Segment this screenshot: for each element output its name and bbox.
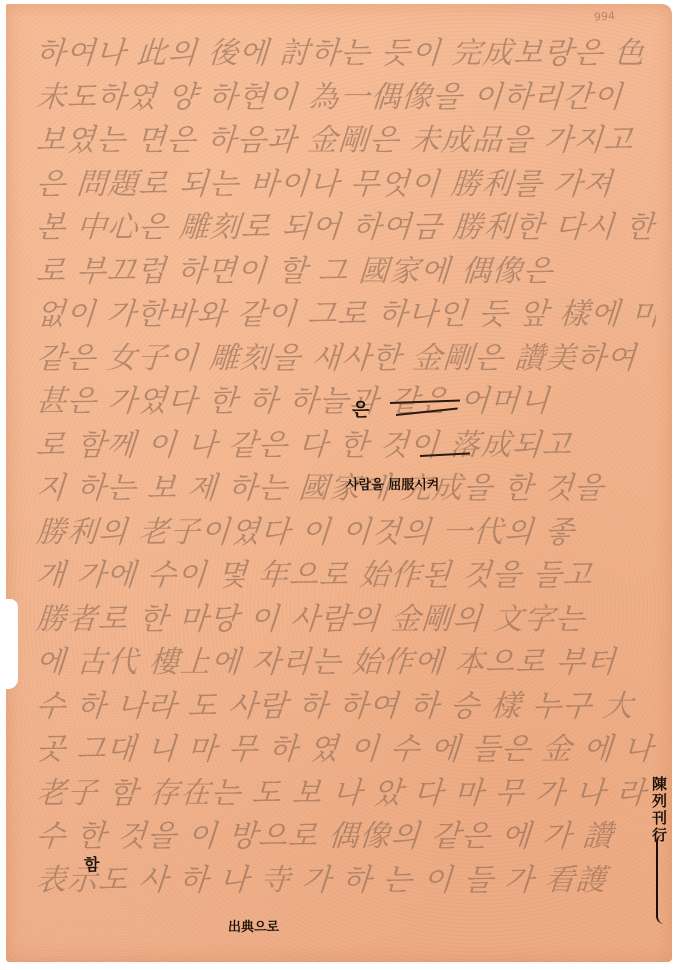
manuscript-page: 994 하여나 此의 後에 討하는 듯이 完成보랑은 色 未도하였 양 하현이 … bbox=[6, 4, 672, 962]
text-line: 하여나 此의 後에 討하는 듯이 完成보랑은 色 bbox=[34, 32, 657, 76]
text-line: 로 부끄럽 하면이 할 그 國家에 偶像은 bbox=[34, 250, 657, 294]
text-line: 같은 女子이 雕刻을 새사한 金剛은 讚美하여 bbox=[34, 337, 657, 381]
text-line: 表示도 사 하 나 寺 가 하 는 이 들 가 看護 bbox=[34, 859, 657, 903]
text-line: 로 함께 이 나 같은 다 한 것이 落成되고 bbox=[34, 424, 657, 468]
ink-insertion: 사람을 屈服시켜 bbox=[346, 474, 439, 493]
handwritten-body: 하여나 此의 後에 討하는 듯이 完成보랑은 色 未도하였 양 하현이 為一偶像… bbox=[36, 32, 656, 902]
text-line: 勝者로 한 마당 이 사람의 金剛의 文字는 bbox=[34, 598, 657, 642]
text-line: 곳 그대 니 마 무 하 였 이 수 에 들은 金 에 나는 이 bbox=[34, 728, 657, 772]
text-line: 老子 함 存在는 도 보 나 았 다 마 무 가 나 라 bbox=[34, 772, 657, 816]
text-line: 甚은 가였다 한 하 하늘과 같은 어머니 bbox=[34, 380, 657, 424]
text-line: 수 한 것을 이 방으로 偶像의 같은 에 가 讚 bbox=[34, 815, 657, 859]
text-line: 본 中心은 雕刻로 되어 하여금 勝利한 다시 한 가지 bbox=[34, 206, 657, 250]
text-line: 없이 가한바와 같이 그로 하나인 듯 앞 樣에 미 bbox=[34, 293, 657, 337]
text-line: 에 古代 樓上에 자리는 始作에 本으로 부터 bbox=[34, 641, 657, 685]
text-line: 개 가에 수이 몇 年으로 始作된 것을 들고 bbox=[34, 554, 657, 598]
page-number: 994 bbox=[594, 9, 616, 23]
text-line: 수 하 나라 도 사람 하 하여 하 승 樣 누구 大 bbox=[34, 685, 657, 729]
text-line: 보였는 면은 하음과 金剛은 未成品을 가지고 bbox=[34, 119, 657, 163]
torn-edge bbox=[6, 599, 18, 689]
brace-mark bbox=[656, 834, 666, 924]
text-line: 은 問題로 되는 바이나 무엇이 勝利를 가져 bbox=[34, 163, 657, 207]
text-line: 勝利의 老子이였다 이 이것의 一代의 좋 bbox=[34, 511, 657, 555]
ink-insertion: 은 bbox=[352, 396, 369, 422]
text-line: 未도하였 양 하현이 為一偶像을 이하리간이 bbox=[34, 76, 657, 120]
ink-insertion: 함 bbox=[84, 852, 99, 875]
ink-insertion: 出典으로 bbox=[228, 916, 279, 935]
